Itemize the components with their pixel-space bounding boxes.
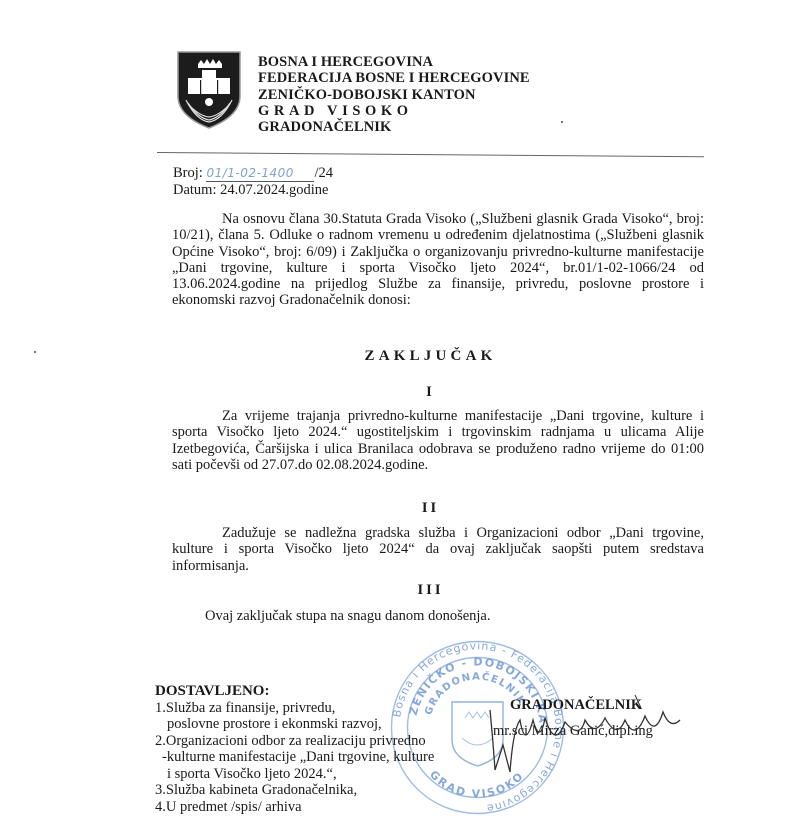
section-numeral-1: I xyxy=(0,384,811,401)
section-text-3: Ovaj zaključak stupa na snagu danom dono… xyxy=(205,608,491,625)
issuer-header: BOSNA I HERCEGOVINA FEDERACIJA BOSNE I H… xyxy=(258,54,530,135)
distribution-item: 4.U predmet /spis/ arhiva xyxy=(155,799,434,816)
reference-number: Broj: 01/1-02-1400/24 xyxy=(173,165,333,182)
distribution-list: DOSTAVLJENO: 1.Služba za finansije, priv… xyxy=(155,683,434,815)
distribution-item: -kulturne manifestacije „Dani trgovine, … xyxy=(155,749,434,766)
scan-speck xyxy=(561,121,563,123)
header-country: BOSNA I HERCEGOVINA xyxy=(258,54,530,70)
section-text-2: Zadužuje se nadležna gradska služba i Or… xyxy=(172,525,704,574)
handwritten-number: 01/1-02-1400 xyxy=(206,165,314,182)
header-city: GRAD VISOKO xyxy=(258,103,530,119)
document-title: ZAKLJUČAK xyxy=(0,348,811,365)
distribution-item: 1.Služba za finansije, privredu, xyxy=(155,700,434,717)
document-meta: Broj: 01/1-02-1400/24 Datum: 24.07.2024.… xyxy=(173,165,333,198)
header-divider xyxy=(157,152,704,157)
section-numeral-3: III xyxy=(0,582,811,599)
handwritten-signature-icon xyxy=(485,690,685,780)
section-text-1: Za vrijeme trajanja privredno-kulturne m… xyxy=(172,408,704,473)
distribution-item: i sporta Visočko ljeto 2024.“, xyxy=(155,766,434,783)
distribution-item: 2.Organizacioni odbor za realizaciju pri… xyxy=(155,733,434,750)
section-numeral-2: II xyxy=(0,500,811,517)
header-canton: ZENIČKO-DOBOJSKI KANTON xyxy=(258,87,530,103)
distribution-item: poslovne prostore i ekonmski razvoj, xyxy=(155,716,434,733)
header-office: GRADONAČELNIK xyxy=(258,119,530,135)
coat-of-arms-icon xyxy=(176,50,242,130)
document-date: Datum: 24.07.2024.godine xyxy=(173,182,333,198)
header-federation: FEDERACIJA BOSNE I HERCEGOVINE xyxy=(258,70,530,86)
intro-paragraph: Na osnovu člana 30.Statuta Grada Visoko … xyxy=(172,211,704,309)
distribution-item: 3.Služba kabineta Gradonačelnika, xyxy=(155,782,434,799)
distribution-heading: DOSTAVLJENO: xyxy=(155,683,434,700)
